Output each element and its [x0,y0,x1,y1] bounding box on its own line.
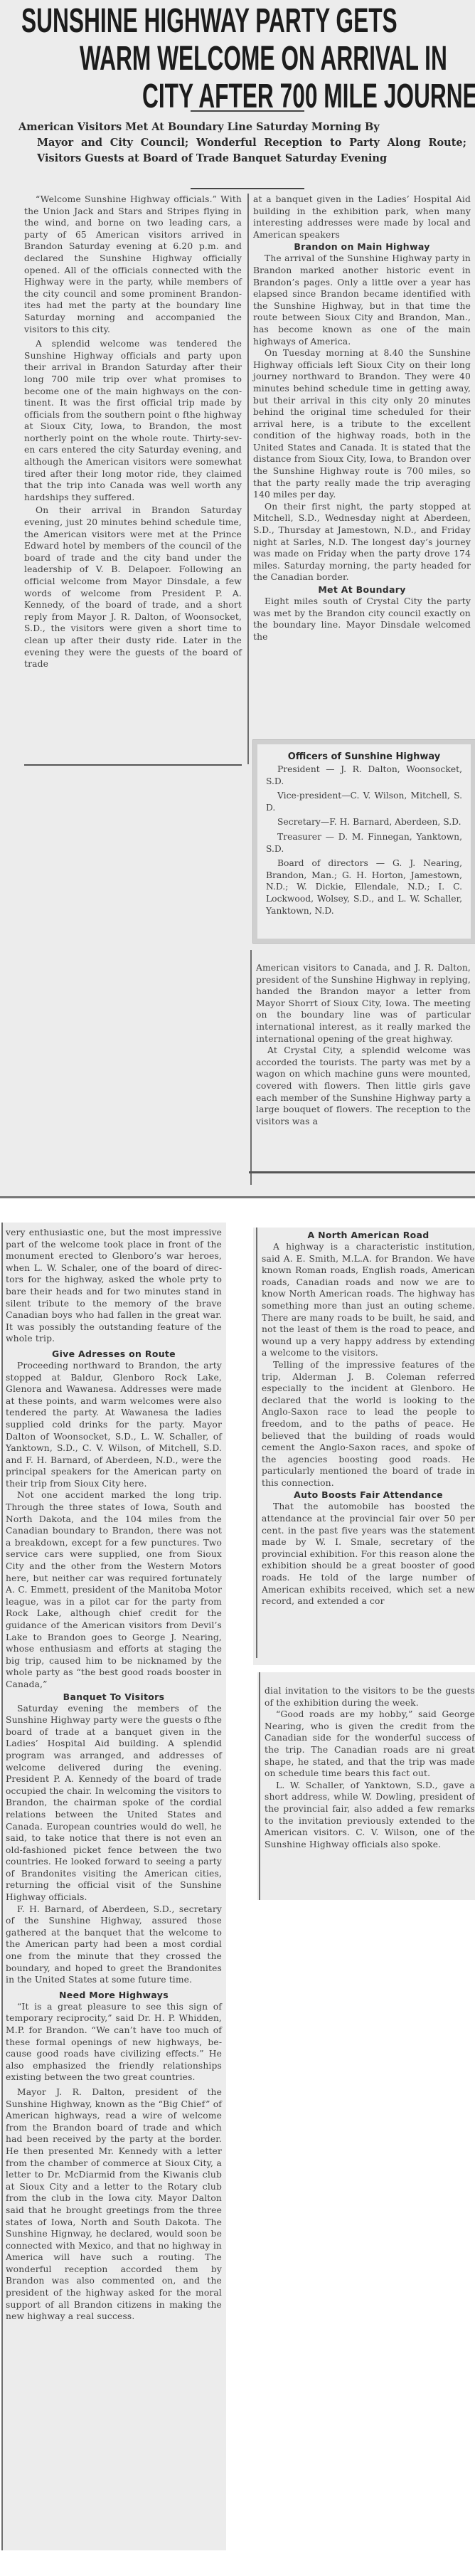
paragraph: L. W. Schaller, of Yanktown, S.D., gave … [265,1780,475,1851]
officer-entry: Board of directors — G. J. Nearing, Bran… [257,857,471,917]
paragraph: at a banquet given in the Ladies’ Hos­pi… [253,194,471,241]
headline-line-2: WARM WELCOME ON ARRIVAL IN [80,39,447,79]
paragraph: Saturday evening the members of the Suns… [6,1703,222,1904]
paragraph: A splendid welcome was tendered the Suns… [24,338,242,503]
officers-sidebar-box: Officers of Sunshine Highway President —… [253,740,475,943]
subheading-need-more-highways: Need More Highways [6,1989,222,2001]
deck-divider [191,188,304,189]
subheadline-deck: American Visitors Met At Boundary Line S… [18,120,466,167]
clipping-edge [1,1223,3,2550]
paragraph: Not one accident marked the long trip. T… [6,1489,222,1690]
paragraph: “Good roads are my hobby,” said George N… [265,1709,475,1780]
paragraph: Mayor J. R. Dalton, president of the Sun… [6,2086,222,2323]
article-column-bottom-right-continued: dial invitation to the visitors to be th… [265,1685,475,1850]
subheading-north-american-road: A North American Road [262,1229,475,1241]
deck-rest: Mayor and City Council; Wonderful Recept… [18,135,466,167]
headline-divider [191,110,304,112]
subheading-brandon-main-highway: Brandon on Main Highway [253,241,471,253]
column-separator [250,950,252,1185]
paragraph: Eight miles south of Crystal City the pa… [253,596,471,643]
paragraph: “It is a great pleasure to see this sign… [6,2001,222,2084]
deck-first-line: American Visitors Met At Boundary Line S… [18,120,466,135]
clipping-edge [256,1228,257,1658]
paragraph: American visitors to Canada, and J. R. D… [256,962,471,1045]
paragraph: On their first night, the party stop­ped… [253,501,471,584]
article-column-bottom-right: A North American Road A highway is a cha… [262,1229,475,1608]
subheading-give-addresses: Give Adresses on Route [6,1348,222,1360]
subheading-met-at-boundary: Met At Boundary [253,584,471,596]
column-end-rule [24,764,242,766]
paragraph: Proceeding northward to Brandon, the art… [6,1360,222,1490]
paragraph: “Welcome Sunshine Highway offi­cials.” W… [24,194,242,335]
paragraph: That the automobile has boosted the atte… [262,1501,475,1607]
paragraph: dial invitation to the visitors to be th… [265,1685,475,1709]
article-column-bottom-left: very enthusiastic one, but the most impr… [6,1227,222,2323]
headline-line-1: SUNSHINE HIGHWAY PARTY GETS [21,1,397,41]
subheading-auto-boosts-fair: Auto Boosts Fair Attendance [262,1489,475,1501]
column-separator [247,194,249,764]
paragraph: very enthusiastic one, but the most impr… [6,1227,222,1345]
officers-box-title: Officers of Sunshine Highway [257,751,471,762]
subheading-banquet-to-visitors: Banquet To Visitors [6,1691,222,1703]
article-column-top-right: at a banquet given in the Ladies’ Hos­pi… [253,194,471,643]
article-column-top-left: “Welcome Sunshine Highway offi­cials.” W… [24,194,242,670]
paragraph: On their arrival in Brandon Satur­day ev… [24,505,242,670]
article-column-top-right-continued: American visitors to Canada, and J. R. D… [256,962,471,1127]
paragraph: The arrival of the Sunshine High­way par… [253,253,471,347]
gap [0,1198,475,1223]
paragraph: On Tuesday morning at 8.40 the Sun­shine… [253,347,471,501]
officer-entry: Vice-president—C. V. Wilson, Mitchell, S… [257,790,471,813]
paragraph: F. H. Barnard, of Aberdeen, S.D., secret… [6,1904,222,1986]
officer-entry: Secretary—F. H. Barnard, Ab­erdeen, S.D. [257,816,471,828]
column-end-rule [249,1171,475,1173]
officer-entry: President — J. R. Dalton, Woonsocket, S.… [257,764,471,787]
paragraph: Telling of the impressive features of th… [262,1359,475,1489]
officer-entry: Treasurer — D. M. Finnegan, Yanktown, S.… [257,831,471,855]
clipping-edge [259,1672,260,1900]
paragraph: At Crystal City, a splendid welcome was … [256,1045,471,1127]
paragraph: A highway is a characteristic insti­tuti… [262,1241,475,1359]
